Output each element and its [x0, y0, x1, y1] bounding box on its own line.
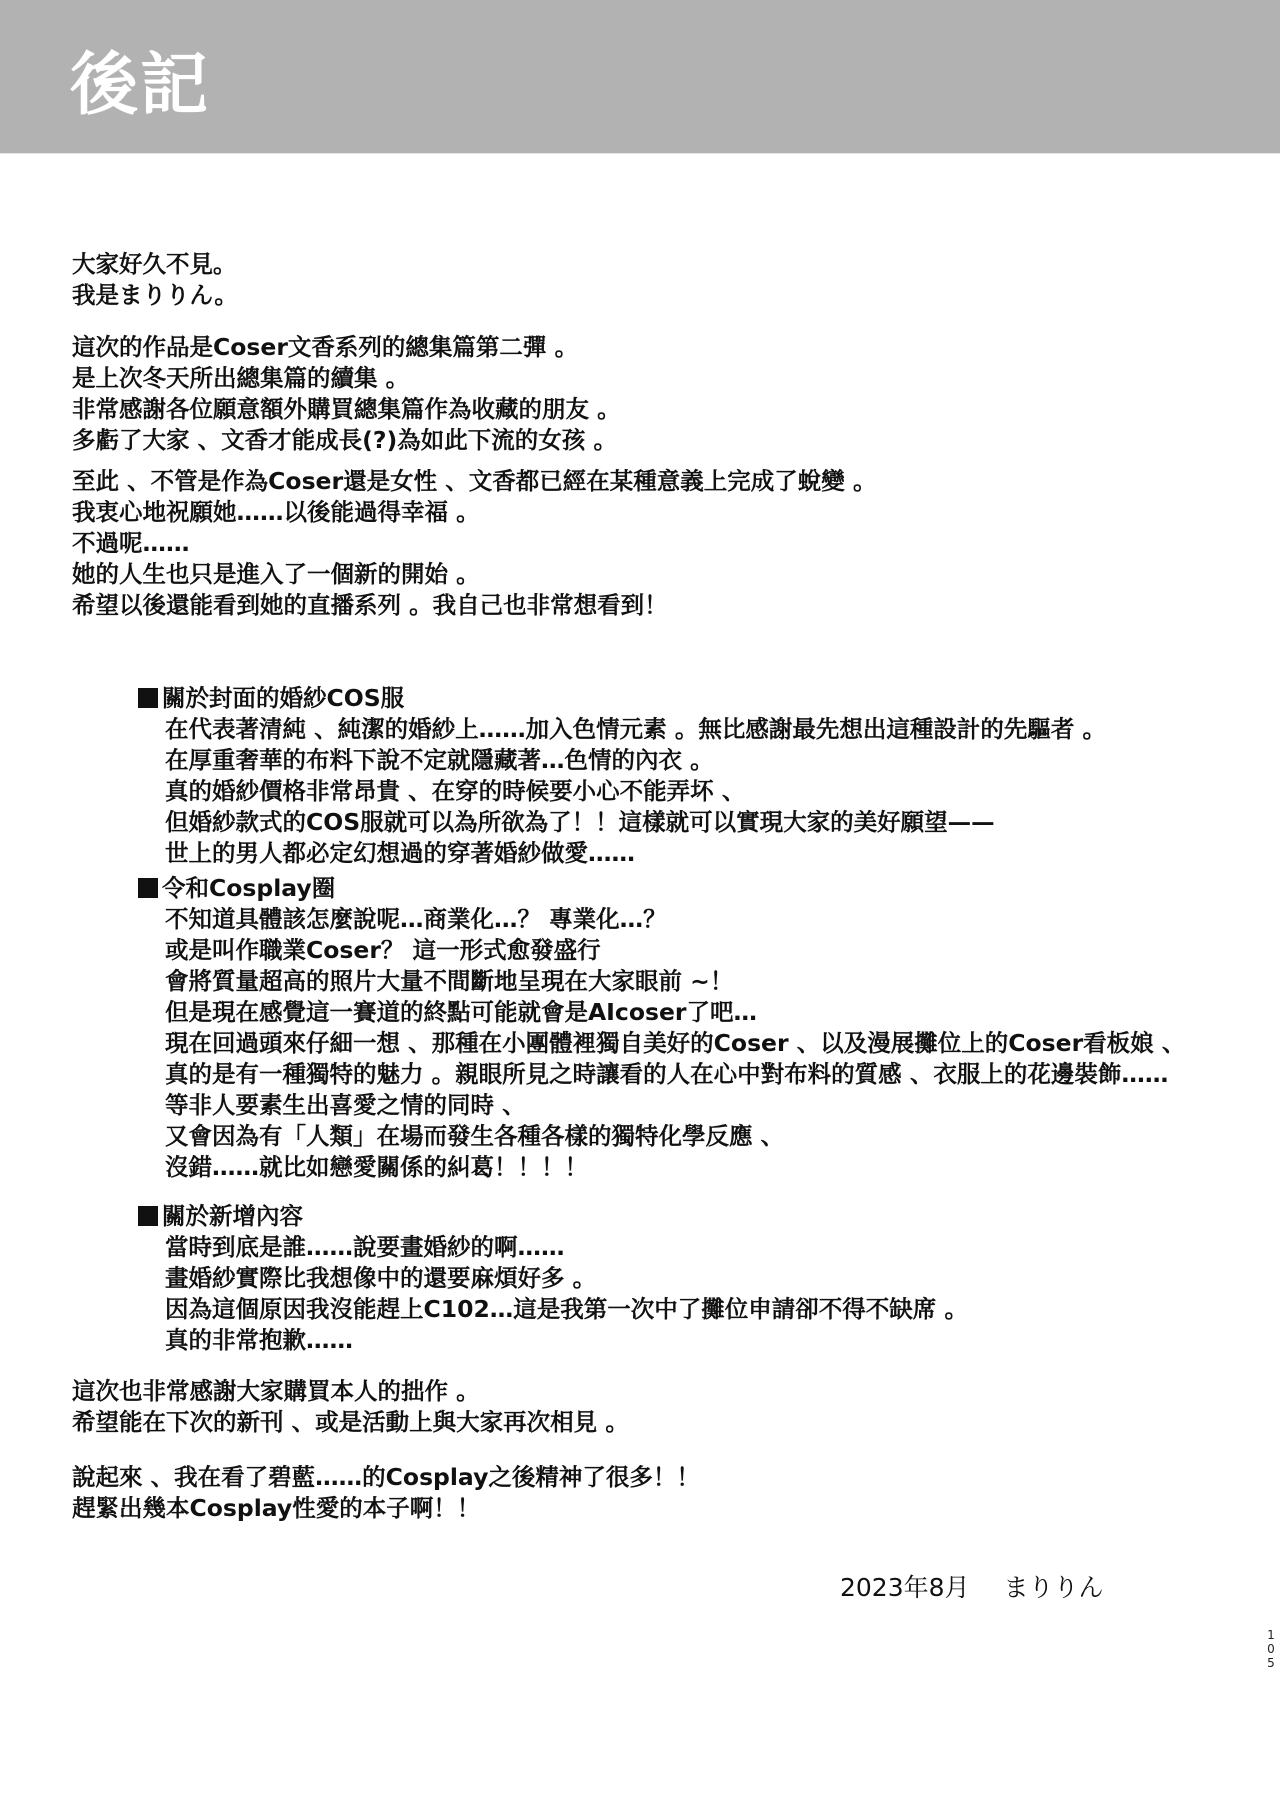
section-reiwa-cosplay: 令和Cosplay圈 不知道具體該怎麼說呢…商業化…？ 專業化…？ 或是叫作職業… [138, 873, 1185, 1183]
text-line: 希望能在下次的新刊 、或是活動上與大家再次相見 。 [72, 1407, 629, 1438]
text-line: 會將質量超高的照片大量不間斷地呈現在大家眼前 ~！ [138, 966, 1185, 997]
section-new-content: 關於新增內容 當時到底是誰……說要畫婚紗的啊…… 畫婚紗實際比我想像中的還要麻煩… [138, 1201, 968, 1356]
closing-remarks: 說起來 、我在看了碧藍……的Cosplay之後精神了很多！！ 趕緊出幾本Cosp… [72, 1462, 700, 1524]
text-line: 不過呢…… [72, 528, 876, 559]
page-title: 後記 [70, 52, 210, 120]
text-line: 世上的男人都必定幻想過的穿著婚紗做愛…… [138, 838, 1106, 869]
signature-author: まりりん [1004, 1573, 1104, 1602]
text-line: 真的非常抱歉…… [138, 1325, 968, 1356]
paragraph-collection: 這次的作品是Coser文香系列的總集篇第二彈 。 是上次冬天所出總集篇的續集 。… [72, 332, 621, 456]
section-heading-text: 令和Cosplay圈 [162, 874, 335, 902]
text-line: 現在回過頭來仔細一想 、那種在小團體裡獨自美好的Coser 、以及漫展攤位上的C… [138, 1028, 1185, 1059]
text-line: 她的人生也只是進入了一個新的開始 。 [72, 559, 876, 590]
text-line: 真的是有一種獨特的魅力 。親眼所見之時讓看的人在心中對布料的質感 、衣服上的花邊… [138, 1059, 1185, 1090]
text-line: 當時到底是誰……說要畫婚紗的啊…… [138, 1232, 968, 1263]
text-line: 沒錯……就比如戀愛關係的糾葛！！！！ [138, 1152, 1185, 1183]
text-line: 但是現在感覺這一賽道的終點可能就會是AIcoser了吧… [138, 997, 1185, 1028]
text-line: 大家好久不見。 [72, 249, 238, 280]
closing-thanks: 這次也非常感謝大家購買本人的拙作 。 希望能在下次的新刊 、或是活動上與大家再次… [72, 1376, 629, 1438]
text-line: 趕緊出幾本Cosplay性愛的本子啊！！ [72, 1493, 700, 1524]
text-line: 說起來 、我在看了碧藍……的Cosplay之後精神了很多！！ [72, 1462, 700, 1493]
section-heading-text: 關於封面的婚紗COS服 [162, 684, 404, 712]
page-number: 1 0 5 [1266, 1628, 1276, 1670]
text-line: 又會因為有「人類」在場而發生各種各樣的獨特化學反應 、 [138, 1121, 1185, 1152]
text-line: 真的婚紗價格非常昂貴 、在穿的時候要小心不能弄坏 、 [138, 776, 1106, 807]
text-line: 不知道具體該怎麼說呢…商業化…？ 專業化…？ [138, 904, 1185, 935]
page-number-digit: 1 [1266, 1628, 1276, 1642]
text-line: 或是叫作職業Coser？ 這一形式愈發盛行 [138, 935, 1185, 966]
text-line: 等非人要素生出喜愛之情的同時 、 [138, 1090, 1185, 1121]
text-line: 這次的作品是Coser文香系列的總集篇第二彈 。 [72, 332, 621, 363]
text-line: 因為這個原因我沒能趕上C102…這是我第一次中了攤位申請卻不得不缺席 。 [138, 1294, 968, 1325]
paragraph-wishes: 至此 、不管是作為Coser還是女性 、文香都已經在某種意義上完成了蛻變 。 我… [72, 466, 876, 621]
text-line: 我衷心地祝願她……以後能過得幸福 。 [72, 497, 876, 528]
header-band: 後記 [0, 0, 1280, 154]
page-number-digit: 5 [1266, 1656, 1276, 1670]
square-bullet-icon [138, 878, 158, 898]
section-heading: 關於新增內容 [138, 1201, 968, 1232]
section-body: 當時到底是誰……說要畫婚紗的啊…… 畫婚紗實際比我想像中的還要麻煩好多 。 因為… [138, 1232, 968, 1356]
section-heading: 關於封面的婚紗COS服 [138, 683, 1106, 714]
text-line: 至此 、不管是作為Coser還是女性 、文香都已經在某種意義上完成了蛻變 。 [72, 466, 876, 497]
text-line: 我是まりりん。 [72, 280, 238, 311]
text-line: 畫婚紗實際比我想像中的還要麻煩好多 。 [138, 1263, 968, 1294]
text-line: 在代表著清純 、純潔的婚紗上……加入色情元素 。無比感謝最先想出這種設計的先驅者… [138, 714, 1106, 745]
section-body: 在代表著清純 、純潔的婚紗上……加入色情元素 。無比感謝最先想出這種設計的先驅者… [138, 714, 1106, 869]
section-heading: 令和Cosplay圈 [138, 873, 1185, 904]
section-body: 不知道具體該怎麼說呢…商業化…？ 專業化…？ 或是叫作職業Coser？ 這一形式… [138, 904, 1185, 1183]
text-line: 這次也非常感謝大家購買本人的拙作 。 [72, 1376, 629, 1407]
text-line: 希望以後還能看到她的直播系列 。我自己也非常想看到！ [72, 590, 876, 621]
section-heading-text: 關於新增內容 [162, 1202, 303, 1230]
text-line: 但婚紗款式的COS服就可以為所欲為了！！這樣就可以實現大家的美好願望—— [138, 807, 1106, 838]
signature: 2023年8月まりりん [840, 1572, 1104, 1603]
text-line: 非常感謝各位願意額外購買總集篇作為收藏的朋友 。 [72, 394, 621, 425]
text-line: 多虧了大家 、文香才能成長(?)為如此下流的女孩 。 [72, 425, 621, 456]
square-bullet-icon [138, 688, 158, 708]
page-number-digit: 0 [1266, 1642, 1276, 1656]
text-line: 是上次冬天所出總集篇的續集 。 [72, 363, 621, 394]
section-wedding-cos: 關於封面的婚紗COS服 在代表著清純 、純潔的婚紗上……加入色情元素 。無比感謝… [138, 683, 1106, 869]
square-bullet-icon [138, 1206, 158, 1226]
intro-paragraph: 大家好久不見。 我是まりりん。 [72, 249, 238, 311]
signature-date: 2023年8月 [840, 1573, 970, 1602]
text-line: 在厚重奢華的布料下說不定就隱藏著…色情的內衣 。 [138, 745, 1106, 776]
